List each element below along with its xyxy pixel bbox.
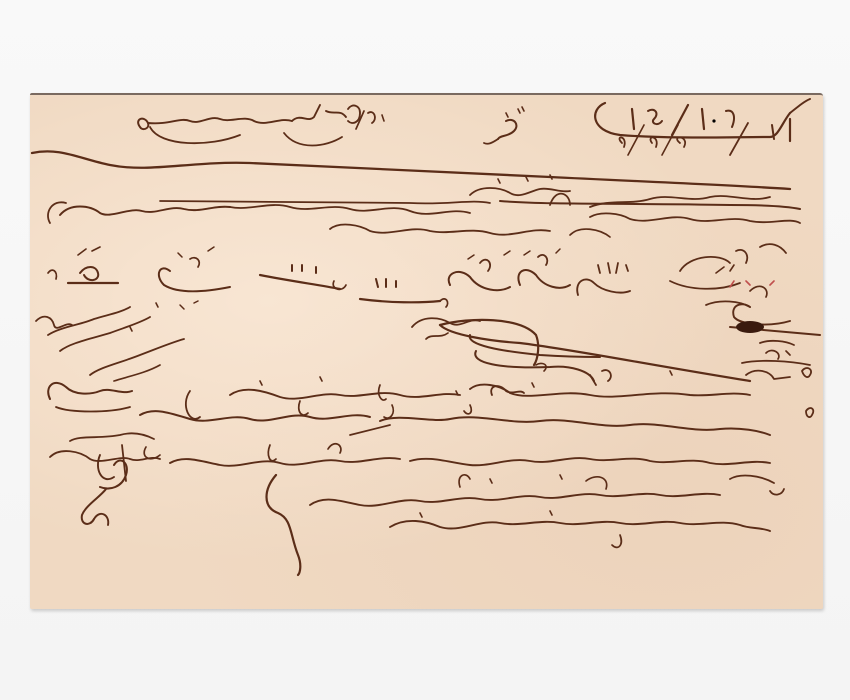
reference-number-mark xyxy=(595,99,810,138)
curving-stroke xyxy=(267,475,301,575)
right-margin-notes xyxy=(730,281,820,417)
body-line-2 xyxy=(48,194,800,237)
numbers-row xyxy=(48,244,786,309)
signature-strokes xyxy=(70,433,160,525)
left-margin-notes xyxy=(36,303,184,381)
postcard xyxy=(30,93,823,609)
top-dated-line xyxy=(138,105,384,146)
body-line-a xyxy=(230,371,750,418)
body-line-b xyxy=(48,383,770,435)
city-word xyxy=(484,107,524,144)
crossing-stroke-1 xyxy=(32,151,790,189)
body-line-d xyxy=(310,475,784,506)
body-line-c xyxy=(50,425,770,466)
body-line-e xyxy=(390,511,770,547)
photo-scene xyxy=(0,0,850,700)
handwriting-strokes xyxy=(30,95,823,609)
